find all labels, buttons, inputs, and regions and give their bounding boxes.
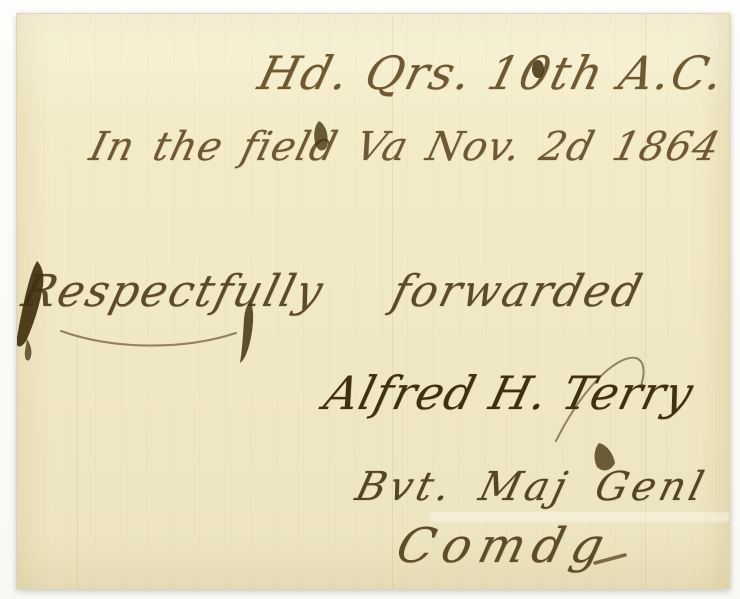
command-line: Comdg <box>391 518 618 574</box>
heading-line: Hd. Qrs. 10th A.C. <box>253 46 731 100</box>
paper-fold-line <box>77 330 78 588</box>
rank-line: Bvt. Maj Genl <box>351 464 712 510</box>
signature-line: Alfred H. Terry <box>319 366 699 420</box>
scanned-document: Hd. Qrs. 10th A.C. In the field Va Nov. … <box>0 0 740 599</box>
ink-blot-left-tail <box>25 339 32 361</box>
pen-swash-underline <box>61 331 236 346</box>
dateline-line: In the field Va Nov. 2d 1864 <box>85 124 725 170</box>
paper-sheet: Hd. Qrs. 10th A.C. In the field Va Nov. … <box>16 13 730 589</box>
endorsement-line: Respectfully forwarded <box>17 266 649 317</box>
